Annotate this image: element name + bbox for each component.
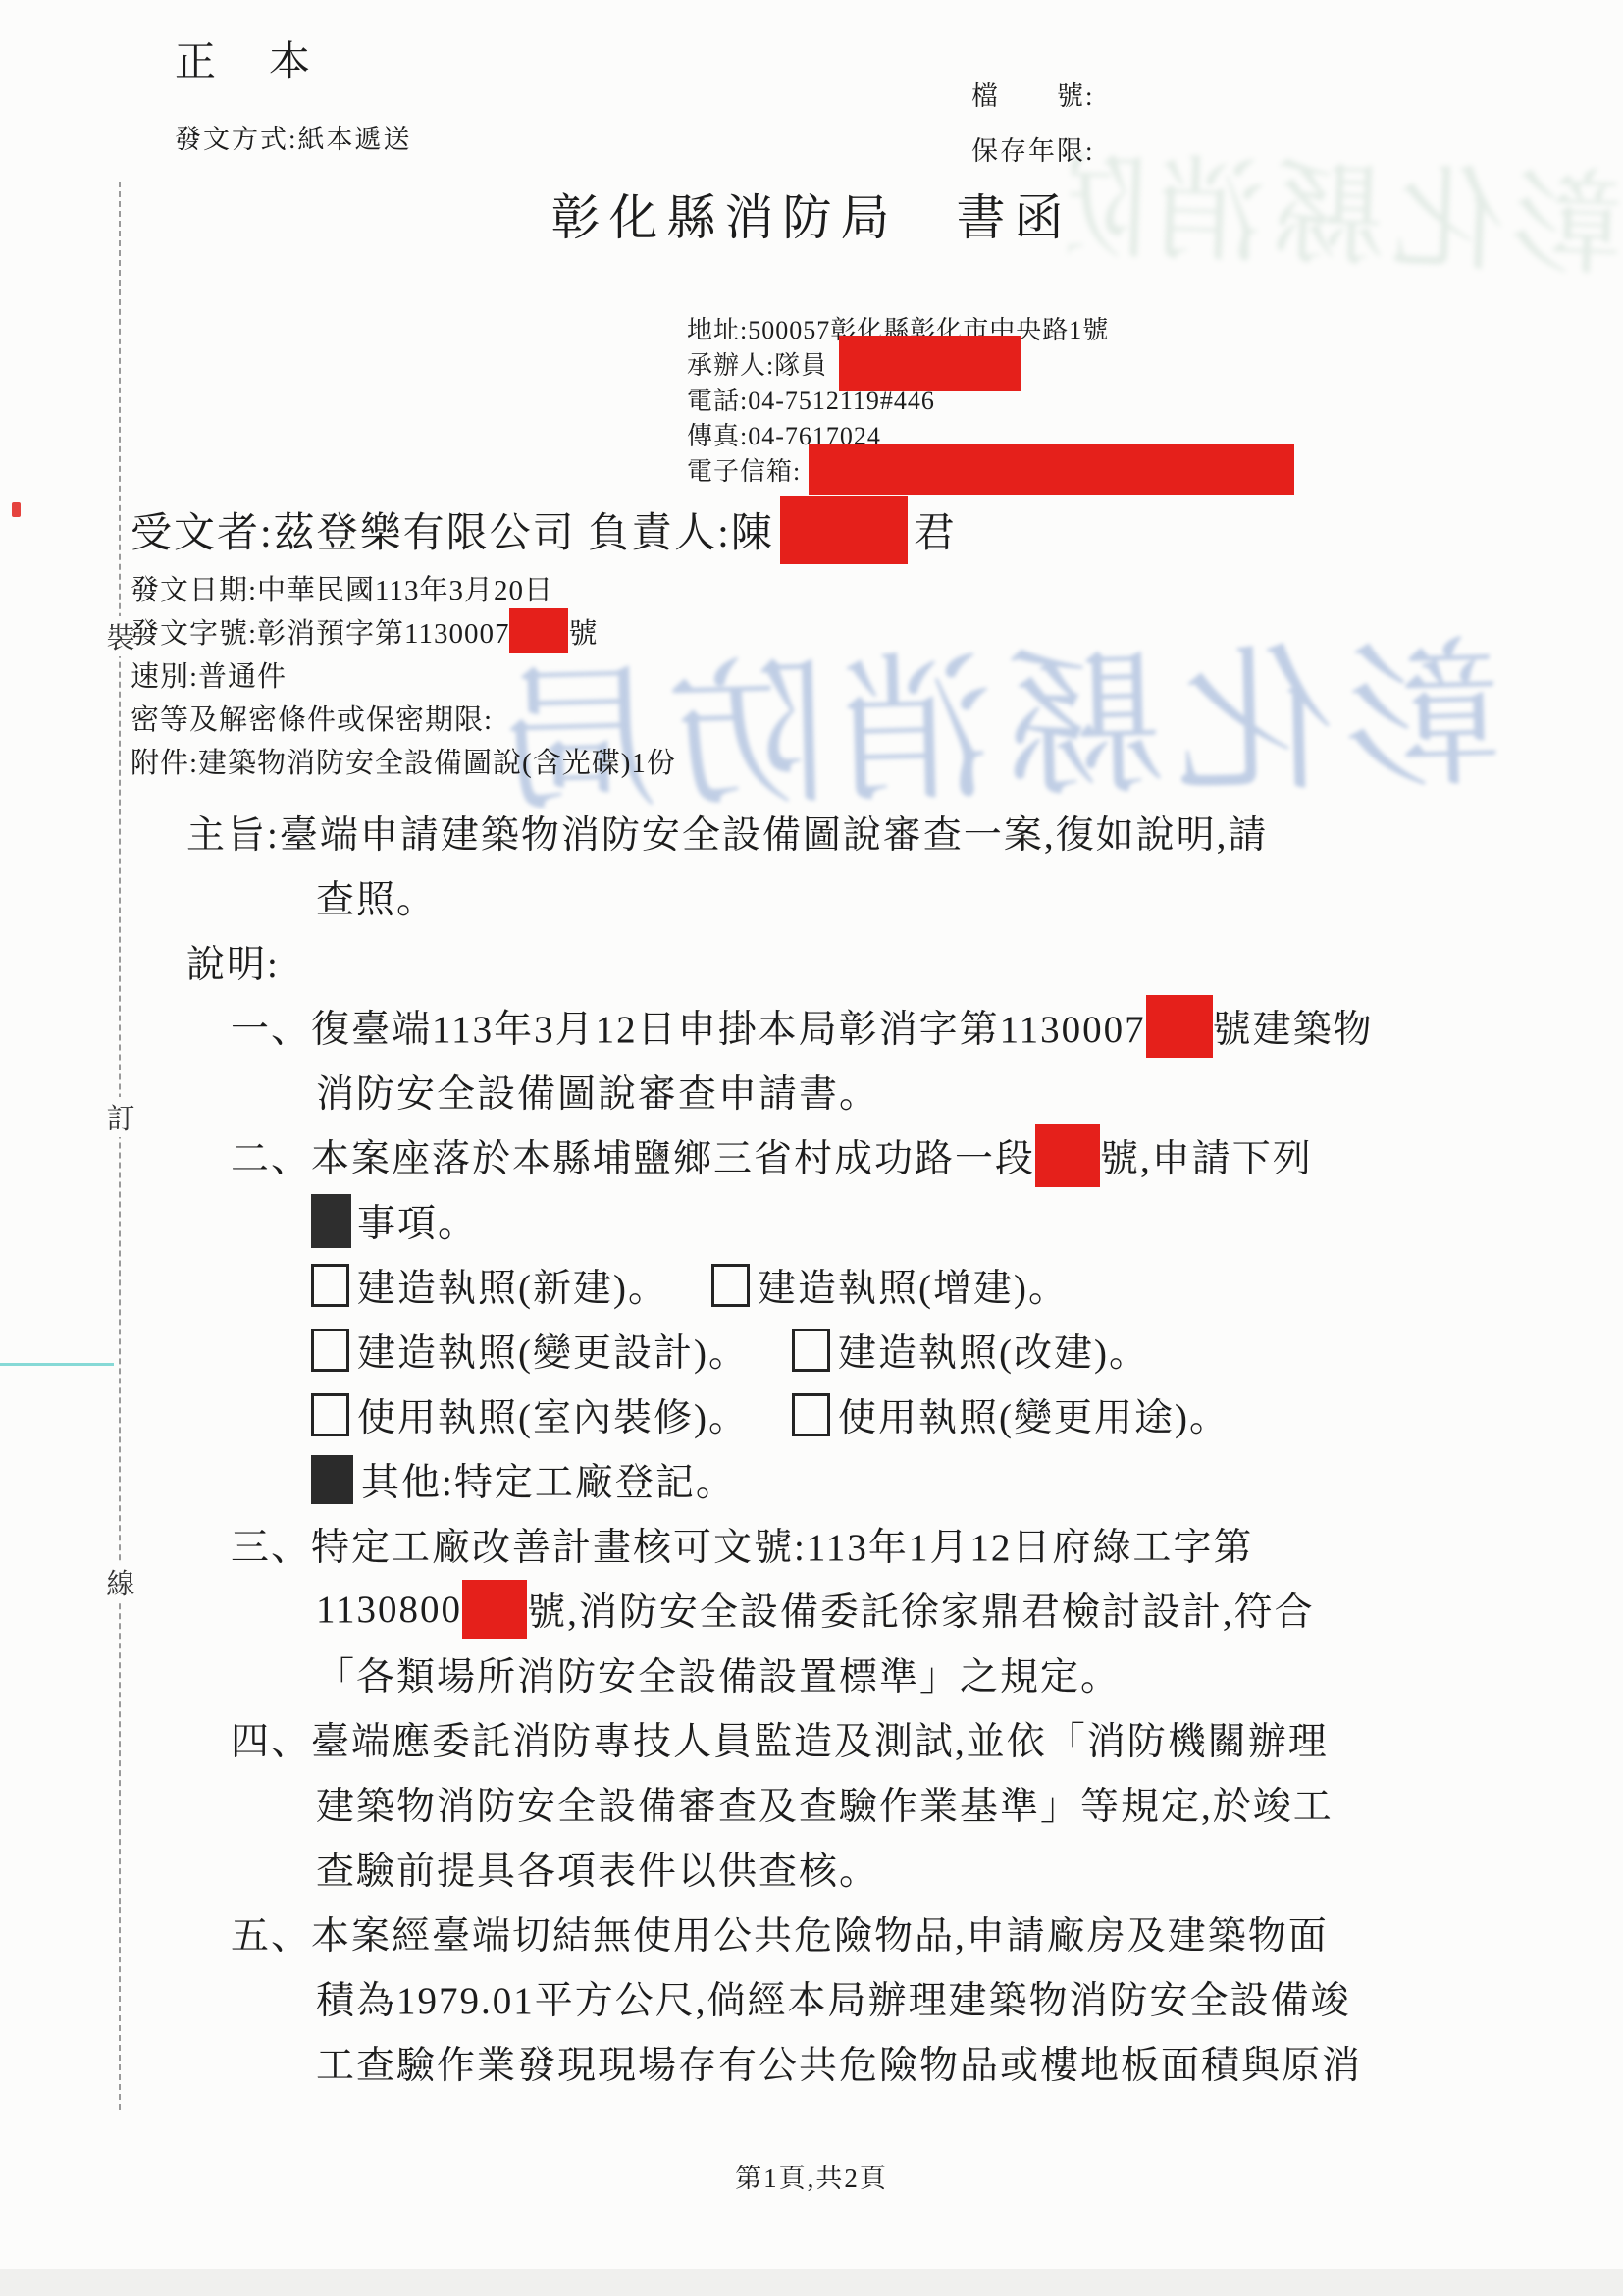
redaction-box-item2 xyxy=(1035,1124,1100,1187)
item2-text-post: 號,申請下列 xyxy=(1100,1128,1313,1183)
item3-line-2: 1130800 號,消防安全設備委託徐家鼎君檢討設計,符合 xyxy=(186,1577,1550,1642)
scan-cyan-line-artifact xyxy=(0,1363,114,1366)
item5-text-1: 本案經臺端切結無使用公共危險物品,申請廠房及建築物面 xyxy=(311,1905,1329,1960)
checkbox-unchecked-icon xyxy=(792,1329,830,1372)
item2-text-2: 事項。 xyxy=(357,1193,478,1248)
option-row-1: 建造執照(新建)。 建造執照(增建)。 xyxy=(186,1253,1550,1318)
option-label: 建造執照(新建)。 xyxy=(357,1258,668,1313)
option-label: 建造執照(改建)。 xyxy=(838,1323,1149,1378)
redaction-box-doc-number xyxy=(509,608,568,653)
page-number-footer: 第1頁,共2頁 xyxy=(0,2157,1623,2195)
file-number-label: 檔 號: xyxy=(971,75,1095,113)
explanation-heading: 說明: xyxy=(186,929,1550,994)
retention-period-label: 保存年限: xyxy=(971,130,1095,168)
speed-class-line: 速別:普通件 xyxy=(131,652,676,696)
item3-text-1: 特定工廠改善計畫核可文號:113年1月12日府綠工字第 xyxy=(311,1517,1253,1572)
agency-contact-block: 地址:500057彰化縣彰化市中央路1號 承辦人:隊員 電話:04-751211… xyxy=(687,310,1294,487)
item3-number: 三、 xyxy=(231,1517,311,1572)
item1-line-2: 消防安全設備圖說審查申請書。 xyxy=(186,1059,1550,1123)
scan-red-speck-artifact xyxy=(12,502,21,517)
item3-text-post: 號,消防安全設備委託徐家鼎君檢討設計,符合 xyxy=(527,1582,1315,1637)
redaction-box-item3 xyxy=(462,1580,527,1639)
doc-number-prefix-text: 發文字號:彰消預字第1130007 xyxy=(131,611,509,652)
recipient-prefix-text: 受文者:茲登樂有限公司 負責人:陳 xyxy=(131,500,774,559)
subject-label: 主旨: xyxy=(186,805,280,860)
agency-email: 電子信箱: xyxy=(687,451,1294,487)
agency-email-text: 電子信箱: xyxy=(687,451,801,488)
item3-text-pre: 1130800 xyxy=(316,1588,462,1632)
security-class-line: 密等及解密條件或保密期限: xyxy=(131,696,676,739)
option-row-3: 使用執照(室內裝修)。 使用執照(變更用途)。 xyxy=(186,1383,1550,1447)
checkbox-unchecked-icon xyxy=(311,1393,349,1436)
redaction-box-item1 xyxy=(1146,995,1213,1058)
letter-meta-block: 發文日期:中華民國113年3月20日 發文字號:彰消預字第1130007 號 速… xyxy=(131,566,676,782)
redaction-box-recipient-name xyxy=(780,496,908,564)
option-row-2: 建造執照(變更設計)。 建造執照(改建)。 xyxy=(186,1318,1550,1383)
item2-line-2: 事項。 xyxy=(186,1188,1550,1253)
agency-stamp-mirrored: 彰化縣消防局 xyxy=(576,589,1503,824)
agency-phone-text: 電話:04-7512119#446 xyxy=(687,381,935,417)
item4-number: 四、 xyxy=(231,1711,311,1766)
attachment-text: 附件:建築物消防安全設備圖說(含光碟)1份 xyxy=(131,741,676,781)
checkbox-unchecked-icon xyxy=(711,1264,750,1307)
binding-dashed-line xyxy=(119,182,121,2110)
item3-text-3: 「各類場所消防安全設備設置標準」之規定。 xyxy=(316,1646,1121,1701)
option-label: 使用執照(變更用途)。 xyxy=(838,1387,1230,1442)
item4-text-3: 查驗前提具各項表件以供查核。 xyxy=(316,1841,879,1896)
item1-text-post: 號建築物 xyxy=(1213,999,1374,1054)
item1-number: 一、 xyxy=(231,999,311,1054)
recipient-line: 受文者:茲登樂有限公司 負責人:陳 君 xyxy=(131,496,957,564)
recipient-suffix-text: 君 xyxy=(914,500,957,559)
agency-officer: 承辦人:隊員 xyxy=(687,345,1294,381)
item4-line-3: 查驗前提具各項表件以供查核。 xyxy=(186,1836,1550,1901)
item5-number: 五、 xyxy=(231,1905,311,1960)
issue-date-line: 發文日期:中華民國113年3月20日 xyxy=(131,566,676,609)
issue-date-text: 發文日期:中華民國113年3月20日 xyxy=(131,568,553,608)
item3-line-1: 三、 特定工廠改善計畫核可文號:113年1月12日府綠工字第 xyxy=(186,1512,1550,1577)
item4-text-2: 建築物消防安全設備審查及查驗作業基準」等規定,於竣工 xyxy=(316,1776,1334,1831)
checkbox-unchecked-icon xyxy=(311,1264,349,1307)
item5-text-3: 工查驗作業發現現場存有公共危險物品或樓地板面積與原消 xyxy=(316,2035,1362,2090)
binding-mark-xian: 線 xyxy=(101,1562,140,1602)
item1-text-pre: 復臺端113年3月12日申掛本局彰消字第1130007 xyxy=(311,999,1146,1054)
scanned-official-letter: 裝 訂 線 彰化縣消防局 彰化縣消防局 正 本 發文方式:紙本遞送 檔 號: 保… xyxy=(0,0,1623,2296)
item1-line-1: 一、 復臺端113年3月12日申掛本局彰消字第1130007 號建築物 xyxy=(186,994,1550,1059)
item2-line-1: 二、 本案座落於本縣埔鹽鄉三省村成功路一段 號,申請下列 xyxy=(186,1123,1550,1188)
option-label: 建造執照(變更設計)。 xyxy=(357,1323,749,1378)
subject-text-2: 查照。 xyxy=(316,869,437,924)
option-row-other: 其他:特定工廠登記。 xyxy=(186,1447,1550,1512)
checkbox-unchecked-icon xyxy=(311,1329,349,1372)
item2-text-pre: 本案座落於本縣埔鹽鄉三省村成功路一段 xyxy=(311,1128,1035,1183)
redaction-box-email xyxy=(809,444,1294,495)
option-other-label: 其他:特定工廠登記。 xyxy=(361,1452,736,1507)
option-label: 建造執照(增建)。 xyxy=(758,1258,1069,1313)
black-redaction-box xyxy=(311,1194,351,1248)
item5-text-2: 積為1979.01平方公尺,倘經本局辦理建築物消防安全設備竣 xyxy=(316,1970,1351,2025)
agency-officer-text: 承辦人:隊員 xyxy=(687,345,827,382)
checkbox-unchecked-icon xyxy=(792,1393,830,1436)
subject-text-1: 臺端申請建築物消防安全設備圖說審查一案,復如說明,請 xyxy=(280,805,1269,860)
document-title: 彰化縣消防局 書函 xyxy=(0,179,1623,249)
security-class-text: 密等及解密條件或保密期限: xyxy=(131,698,493,738)
delivery-method-label: 發文方式:紙本遞送 xyxy=(175,118,412,156)
checkbox-checked-icon xyxy=(311,1455,353,1504)
letter-body: 主旨: 臺端申請建築物消防安全設備圖說審查一案,復如說明,請 查照。 說明: 一… xyxy=(186,800,1550,2095)
subject-line-1: 主旨: 臺端申請建築物消防安全設備圖說審查一案,復如說明,請 xyxy=(186,800,1550,864)
item5-line-2: 積為1979.01平方公尺,倘經本局辦理建築物消防安全設備竣 xyxy=(186,1965,1550,2030)
copy-type-label: 正 本 xyxy=(175,29,316,88)
explanation-heading-text: 說明: xyxy=(186,934,280,989)
item2-number: 二、 xyxy=(231,1128,311,1183)
item4-text-1: 臺端應委託消防專技人員監造及測試,並依「消防機關辦理 xyxy=(311,1711,1329,1766)
binding-mark-ding: 訂 xyxy=(101,1097,140,1137)
item4-line-2: 建築物消防安全設備審查及查驗作業基準」等規定,於竣工 xyxy=(186,1771,1550,1836)
subject-line-2: 查照。 xyxy=(186,864,1550,929)
attachment-line: 附件:建築物消防安全設備圖說(含光碟)1份 xyxy=(131,739,676,782)
doc-number-suffix-text: 號 xyxy=(568,611,598,652)
item3-line-3: 「各類場所消防安全設備設置標準」之規定。 xyxy=(186,1642,1550,1706)
item1-text-2: 消防安全設備圖說審查申請書。 xyxy=(316,1064,879,1119)
option-label: 使用執照(室內裝修)。 xyxy=(357,1387,749,1442)
scan-bottom-edge-artifact xyxy=(0,2269,1623,2296)
item4-line-1: 四、 臺端應委託消防專技人員監造及測試,並依「消防機關辦理 xyxy=(186,1706,1550,1771)
item5-line-3: 工查驗作業發現現場存有公共危險物品或樓地板面積與原消 xyxy=(186,2030,1550,2095)
doc-number-line: 發文字號:彰消預字第1130007 號 xyxy=(131,609,676,652)
item5-line-1: 五、 本案經臺端切結無使用公共危險物品,申請廠房及建築物面 xyxy=(186,1901,1550,1965)
speed-class-text: 速別:普通件 xyxy=(131,654,287,695)
